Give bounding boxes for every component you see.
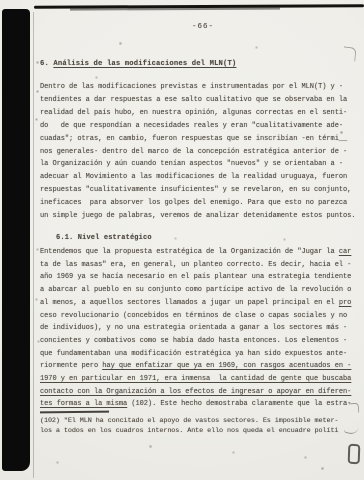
footnote-separator-rule <box>40 411 109 414</box>
scan-top-edge-streak <box>34 4 364 8</box>
handwritten-squiggle <box>343 425 358 436</box>
paragraph-1: Dentro de las modificaciones previstas e… <box>40 81 355 223</box>
scanned-document-page: -66- 6. Análisis de las modificaciones d… <box>0 0 364 480</box>
paragraph-2: Entendemos que la propuesta estratégica … <box>40 246 351 411</box>
footnote-102: (102) "El MLN ha concitado el apoyo de v… <box>40 416 338 437</box>
subsection-heading: 6.1. Nivel estratégico <box>56 234 152 243</box>
ink-blob-mark <box>348 444 361 464</box>
section-heading: 6. Análisis de las modificaciones del ML… <box>40 59 236 69</box>
scan-specks <box>0 0 1 1</box>
scan-mark-footnote-bracket <box>349 403 360 414</box>
scan-black-margin-bar <box>2 9 30 471</box>
scan-mark-top-right <box>342 46 356 61</box>
page-number: -66- <box>183 23 223 31</box>
page-binding-line <box>33 12 34 478</box>
